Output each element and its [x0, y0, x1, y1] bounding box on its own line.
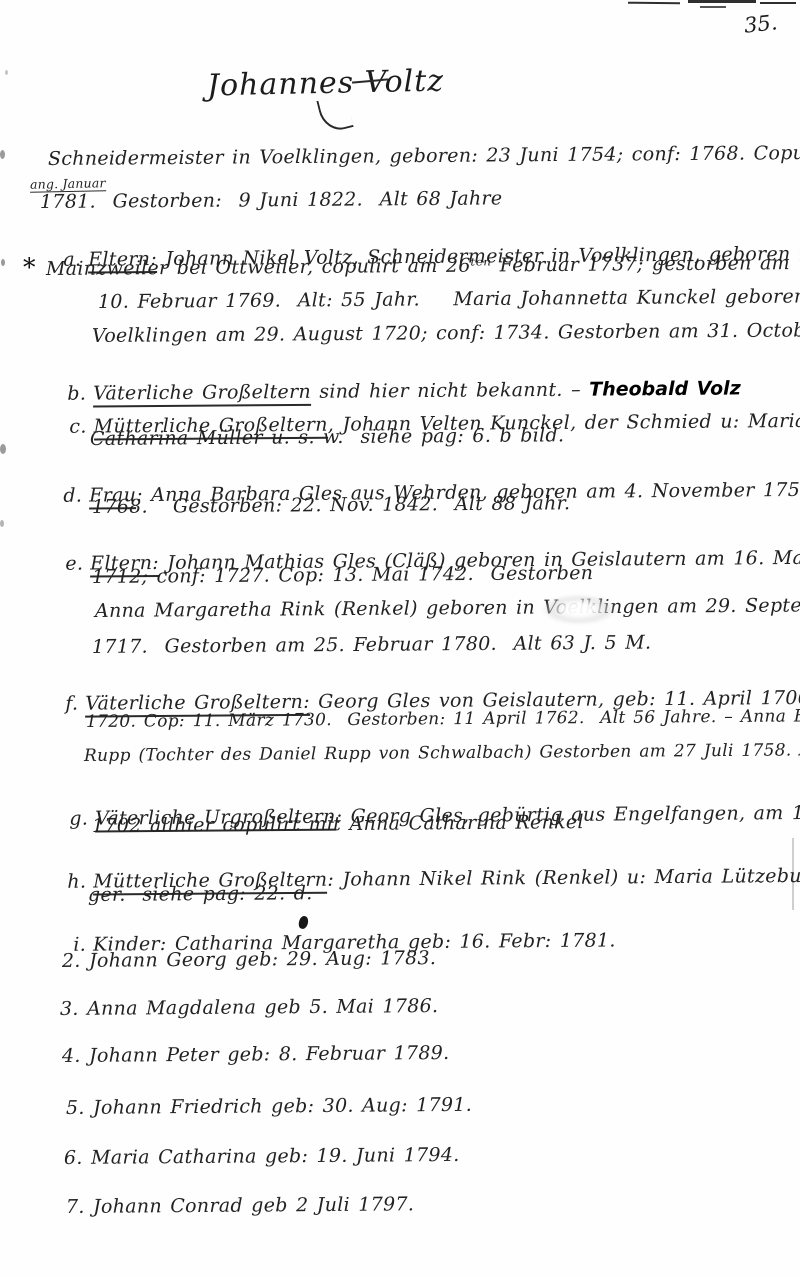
child-entry: 5. Johann Friedrich geb: 30. Aug: 1791.: [66, 1094, 472, 1119]
scan-artifact-top-dash: [628, 2, 680, 5]
section-e-line-3: Anna Margaretha Rink (Renkel) geboren in…: [95, 594, 800, 622]
intro-text: 1781. Gestorben: 9 Juni 1822. Alt 68 Jah…: [40, 187, 503, 213]
child-entry: 3. Anna Magdalena geb 5. Mai 1786.: [60, 995, 439, 1020]
scan-artifact-speck: [0, 444, 6, 454]
section-text: : Johann Nikel Rink (Renkel) u: Maria Lü…: [327, 865, 800, 891]
margin-asterisk: *: [23, 253, 36, 282]
section-e-line-4: 1717. Gestorben am 25. Februar 1780. Alt…: [92, 632, 652, 658]
child-entry: 4. Johann Peter geb: 8. Februar 1789.: [62, 1042, 450, 1067]
section-a-line-4: Voelklingen am 29. August 1720; conf: 17…: [92, 319, 800, 347]
section-d-line-2: 1768. Gestorben: 22. Nov. 1842. Alt 88 J…: [92, 492, 570, 518]
section-letter: e.: [65, 553, 83, 575]
child-entry: 7. Johann Conrad geb 2 Juli 1797.: [66, 1193, 414, 1218]
section-letter: d.: [63, 485, 82, 507]
scan-artifact-speck: [5, 70, 8, 75]
scan-artifact-speck: [0, 520, 4, 527]
intro-line-1: Schneidermeister in Voelklingen, geboren…: [48, 142, 800, 170]
ink-smudge: [541, 594, 617, 625]
page-title: Johannes Voltz: [207, 64, 445, 104]
document-page: 35. Johannes Voltz Schneidermeister in V…: [0, 0, 800, 1278]
section-text: 1712; conf: 1727. Cop: 13. Mai 1742. Ges…: [92, 562, 593, 588]
scan-artifact-top-dash: [760, 2, 796, 4]
section-c-line-2: Catharina Müller u. s. w. siehe pag: 6. …: [90, 424, 564, 450]
section-text: Anna Margaretha Rink (Renkel) geboren in…: [95, 594, 800, 622]
child-text: 6. Maria Catharina geb: 19. Juni 1794.: [64, 1144, 460, 1169]
child-entry: 2. Johann Georg geb: 29. Aug: 1783.: [62, 947, 436, 972]
section-text: Catharina Müller u. s. w. siehe pag: 6. …: [90, 424, 564, 450]
section-h-line-2: ger. siehe pag: 22. d.: [88, 882, 313, 906]
child-text: 2. Johann Georg geb: 29. Aug: 1783.: [62, 947, 436, 972]
child-text: 7. Johann Conrad geb 2 Juli 1797.: [66, 1193, 414, 1218]
section-text: 1768. Gestorben: 22. Nov. 1842. Alt 88 J…: [92, 492, 570, 518]
child-entry: 6. Maria Catharina geb: 19. Juni 1794.: [64, 1144, 460, 1169]
child-text: 4. Johann Peter geb: 8. Februar 1789.: [62, 1042, 450, 1067]
section-letter: f.: [65, 693, 78, 715]
child-text: 5. Johann Friedrich geb: 30. Aug: 1791.: [66, 1094, 472, 1119]
section-letter: g.: [69, 808, 88, 830]
page-number: 35.: [743, 10, 779, 37]
section-text: Rupp (Tochter des Daniel Rupp von Schwal…: [84, 740, 800, 766]
section-text: 10. Februar 1769. Alt: 55 Jahr. Maria Jo…: [98, 285, 800, 313]
scan-artifact-top-dash: [700, 6, 726, 8]
section-g-line-2: 1702 allhier copulirt mit Anna Catharina…: [92, 811, 584, 837]
intro-text: Schneidermeister in Voelklingen, geboren…: [48, 142, 800, 170]
section-text: 1717. Gestorben am 25. Februar 1780. Alt…: [92, 632, 652, 658]
scan-artifact-speck: [0, 150, 5, 159]
section-text: ger. siehe pag: 22. d.: [88, 882, 313, 906]
intro-line-2: 1781. Gestorben: 9 Juni 1822. Alt 68 Jah…: [40, 187, 503, 213]
child-text: 3. Anna Magdalena geb 5. Mai 1786.: [60, 995, 439, 1020]
section-text: Voelklingen am 29. August 1720; conf: 17…: [92, 319, 800, 347]
section-f-line-3: Rupp (Tochter des Daniel Rupp von Schwal…: [84, 740, 800, 766]
section-text: 1702 allhier copulirt mit Anna Catharina…: [92, 811, 584, 837]
section-e-line-2: 1712; conf: 1727. Cop: 13. Mai 1742. Ges…: [92, 562, 593, 588]
scan-artifact-speck: [1, 259, 5, 266]
section-a-line-3: 10. Februar 1769. Alt: 55 Jahr. Maria Jo…: [98, 285, 800, 313]
scan-artifact-top-dash: [688, 0, 756, 3]
section-letter: h.: [67, 871, 86, 893]
section-letter: c.: [69, 416, 86, 438]
